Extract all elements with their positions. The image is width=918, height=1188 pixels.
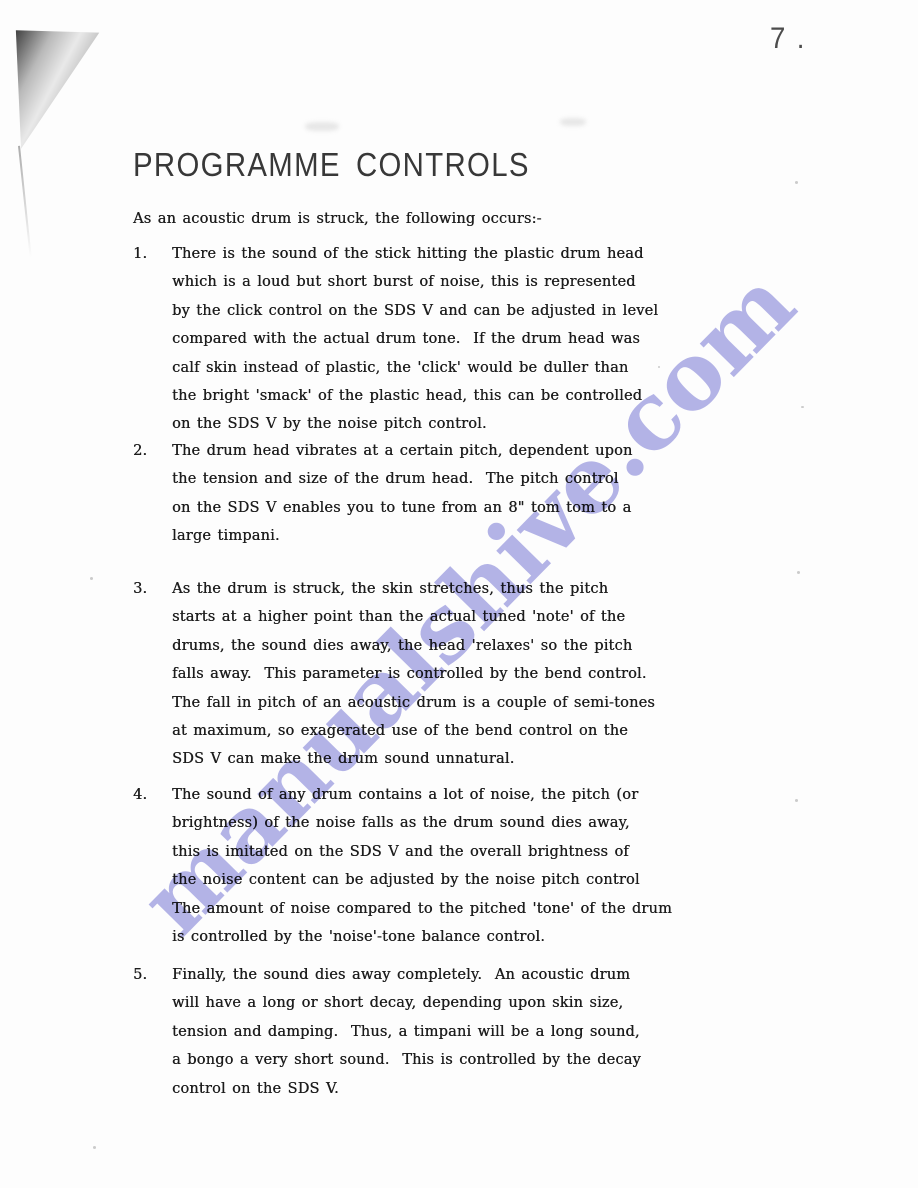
list-item: 4. The sound of any drum contains a lot … — [133, 781, 672, 951]
scan-smudge — [305, 122, 339, 131]
scan-speck — [658, 366, 660, 368]
list-item: 3. As the drum is struck, the skin stret… — [133, 575, 655, 774]
text-line: by the click control on the SDS V and ca… — [172, 297, 658, 325]
text-line: starts at a higher point than the actual… — [172, 603, 655, 631]
scanned-manual-page: 7 . PROGRAMMECONTROLS As an acoustic dru… — [0, 0, 918, 1188]
text-line: SDS V can make the drum sound unnatural. — [172, 745, 655, 773]
text-line: drums, the sound dies away, the head 're… — [172, 632, 655, 660]
text-line: brightness) of the noise falls as the dr… — [172, 809, 672, 837]
text-line: the bright 'smack' of the plastic head, … — [172, 382, 658, 410]
list-item-text: As the drum is struck, the skin stretche… — [172, 575, 655, 774]
list-item-number: 2. — [133, 437, 172, 551]
scan-speck — [90, 577, 93, 580]
text-line: large timpani. — [172, 522, 632, 550]
page-title-word-2: CONTROLS — [356, 146, 530, 183]
intro-sentence: As an acoustic drum is struck, the follo… — [133, 205, 542, 233]
list-item: 1. There is the sound of the stick hitti… — [133, 240, 658, 439]
page-title-word-1: PROGRAMME — [133, 146, 341, 183]
text-line: control on the SDS V. — [172, 1075, 641, 1103]
text-line: the noise content can be adjusted by the… — [172, 866, 672, 894]
text-line: on the SDS V by the noise pitch control. — [172, 410, 658, 438]
page-corner-fold-artifact — [15, 29, 101, 150]
list-item-number: 1. — [133, 240, 172, 439]
text-line: Finally, the sound dies away completely.… — [172, 961, 641, 989]
scan-speck — [795, 799, 798, 802]
text-line: will have a long or short decay, dependi… — [172, 989, 641, 1017]
text-line: The amount of noise compared to the pitc… — [172, 895, 672, 923]
text-line: a bongo a very short sound. This is cont… — [172, 1046, 641, 1074]
list-item: 5. Finally, the sound dies away complete… — [133, 961, 641, 1103]
text-line: There is the sound of the stick hitting … — [172, 240, 658, 268]
list-item: 2. The drum head vibrates at a certain p… — [133, 437, 632, 551]
text-line: which is a loud but short burst of noise… — [172, 268, 658, 296]
text-line: this is imitated on the SDS V and the ov… — [172, 838, 672, 866]
text-line: falls away. This parameter is controlled… — [172, 660, 655, 688]
text-line: tension and damping. Thus, a timpani wil… — [172, 1018, 641, 1046]
scan-speck — [801, 406, 804, 408]
text-line: The sound of any drum contains a lot of … — [172, 781, 672, 809]
text-line: The drum head vibrates at a certain pitc… — [172, 437, 632, 465]
text-line: the tension and size of the drum head. T… — [172, 465, 632, 493]
text-line: compared with the actual drum tone. If t… — [172, 325, 658, 353]
list-item-text: Finally, the sound dies away completely.… — [172, 961, 641, 1103]
page-title: PROGRAMMECONTROLS — [133, 148, 530, 181]
text-line: calf skin instead of plastic, the 'click… — [172, 354, 658, 382]
scan-speck — [93, 1146, 96, 1149]
page-number: 7 . — [770, 22, 806, 56]
list-item-text: There is the sound of the stick hitting … — [172, 240, 658, 439]
list-item-number: 4. — [133, 781, 172, 951]
scan-speck — [795, 181, 798, 184]
list-item-number: 5. — [133, 961, 172, 1103]
scan-smudge — [560, 118, 586, 126]
text-line: The fall in pitch of an acoustic drum is… — [172, 689, 655, 717]
text-line: on the SDS V enables you to tune from an… — [172, 494, 632, 522]
page-corner-crease-line — [18, 146, 32, 258]
list-item-number: 3. — [133, 575, 172, 774]
text-line: at maximum, so exagerated use of the ben… — [172, 717, 655, 745]
list-item-text: The sound of any drum contains a lot of … — [172, 781, 672, 951]
scan-speck — [797, 571, 800, 574]
text-line: As the drum is struck, the skin stretche… — [172, 575, 655, 603]
text-line: is controlled by the 'noise'-tone balanc… — [172, 923, 672, 951]
list-item-text: The drum head vibrates at a certain pitc… — [172, 437, 632, 551]
